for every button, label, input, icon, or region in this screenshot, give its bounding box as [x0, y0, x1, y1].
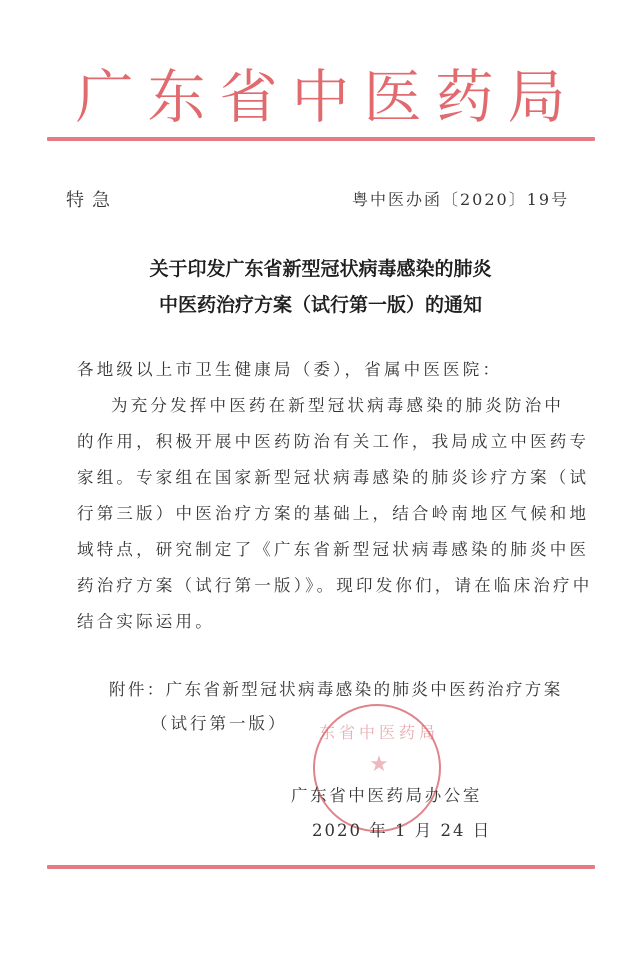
signature-office: 广东省中医药局办公室 — [291, 782, 482, 806]
attachment-line-2: （试行第一版） — [151, 710, 288, 734]
salutation: 各地级以上市卫生健康局（委），省属中医医院： — [77, 359, 502, 381]
seal-text: 东省中医药局 — [315, 720, 443, 743]
body-line: 行第三版）中医治疗方案的基础上，结合岭南地区气候和地 — [77, 503, 589, 525]
body-line: 域特点，研究制定了《广东省新型冠状病毒感染的肺炎中医 — [77, 539, 589, 561]
body-line: 的作用，积极开展中医药防治有关工作，我局成立中医药专 — [77, 431, 589, 453]
urgency-label: 特急 — [66, 186, 118, 212]
body-line: 药治疗方案（试行第一版）》。现印发你们，请在临床治疗中 — [77, 575, 592, 597]
seal-star-icon: ★ — [315, 752, 443, 777]
body-line: 为充分发挥中医药在新型冠状病毒感染的肺炎防治中 — [111, 395, 564, 417]
document-number: 粤中医办函〔2020〕19号 — [352, 187, 569, 210]
official-seal-stamp: 东省中医药局 ★ — [313, 704, 441, 832]
body-line: 家组。专家组在国家新型冠状病毒感染的肺炎诊疗方案（试 — [77, 467, 589, 489]
header-red-rule — [47, 137, 595, 141]
attachment-line-1: 附件：广东省新型冠状病毒感染的肺炎中医药治疗方案 — [109, 676, 563, 700]
signature-date: 2020 年 1 月 24 日 — [312, 817, 491, 841]
document-title-line-1: 关于印发广东省新型冠状病毒感染的肺炎 — [0, 254, 641, 281]
body-line: 结合实际运用。 — [77, 611, 215, 633]
issuer-red-header: 广东省中医药局 — [0, 62, 641, 132]
footer-red-rule — [47, 865, 595, 869]
document-title-line-2: 中医药治疗方案（试行第一版）的通知 — [0, 290, 641, 317]
